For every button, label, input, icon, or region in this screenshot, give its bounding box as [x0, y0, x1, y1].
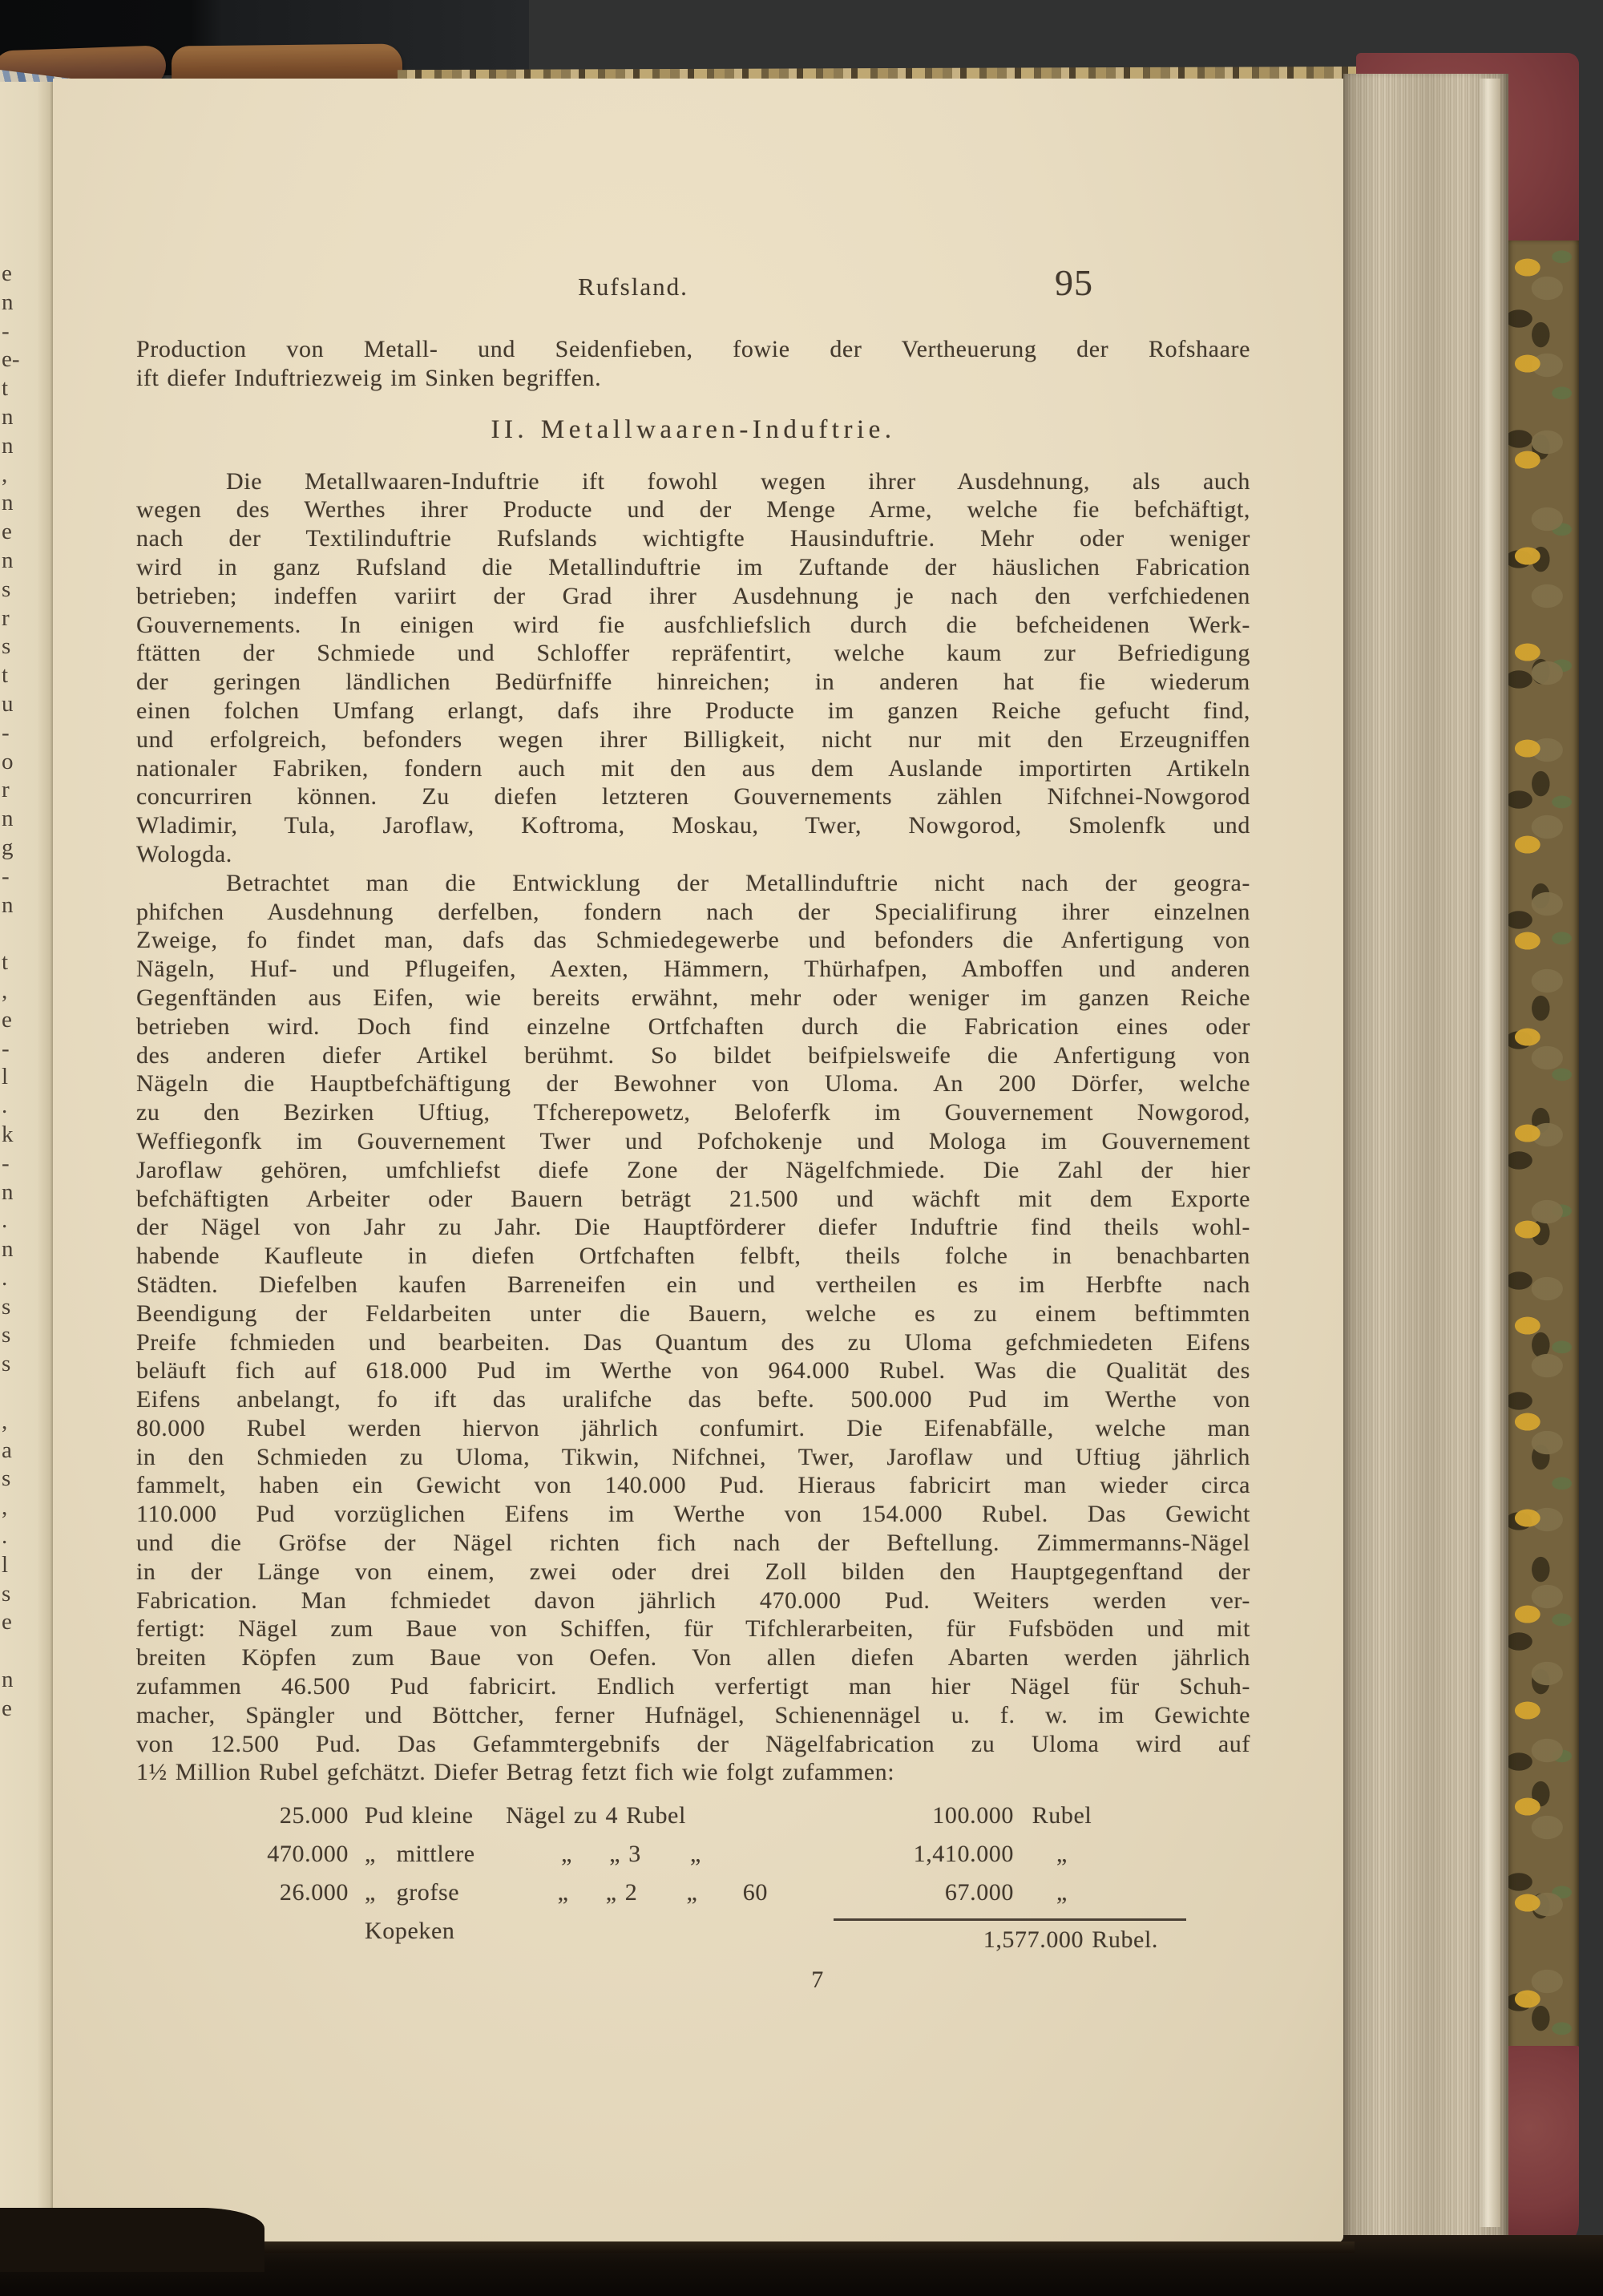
text-line: des anderen diefer Artikel berühmt. So b… [136, 1041, 1250, 1070]
text-line: Production von Metall- und Seidenfieben,… [136, 335, 1250, 364]
text-line: concurriren können. Zu diefen letzteren … [136, 782, 1250, 811]
text-line: Fabrication. Man fchmiedet davon jährlic… [136, 1587, 1250, 1615]
scanned-book-photo: en-e-tnn,nensrstu-orng-n t,e-l.k-n.n.sss… [0, 0, 1603, 2296]
text-line: befchäftigten Arbeiter oder Bauern beträ… [136, 1185, 1250, 1214]
text-line: Eifens anbelangt, fo ift das uralifche d… [136, 1385, 1250, 1414]
text-line: fammelt, haben ein Gewicht von 140.000 P… [136, 1471, 1250, 1500]
text-line: betrieben wird. Doch find einzelne Ortfc… [136, 1013, 1250, 1041]
table-row: 26.000„ grofse „ „ 2 „ 60 Kopeken67.000„ [136, 1874, 1250, 1912]
page-content: Rufsland. 95 Production von Metall- und … [0, 0, 1603, 2296]
table-cell: 470.000 [136, 1835, 349, 1874]
table-cell: 1,410.000 [830, 1835, 1014, 1874]
text-line: Weffiegonfk im Gouvernement Twer und Pof… [136, 1127, 1250, 1156]
text-line: wird in ganz Rufsland die Metallinduftri… [136, 553, 1250, 582]
text-line: ftätten der Schmiede und Schloffer reprä… [136, 639, 1250, 668]
text-line: Wologda. [136, 840, 1250, 869]
text-line: Städten. Diefelben kaufen Barreneifen ei… [136, 1271, 1250, 1300]
text-line: und erfolgreich, befonders wegen ihrer B… [136, 726, 1250, 754]
text-line: fertigt: Nägel zum Baue von Schiffen, fü… [136, 1615, 1250, 1643]
table-row: 25.000Pud kleine Nägel zu 4 Rubel100.000… [136, 1797, 1250, 1835]
table-cell: „ grofse „ „ 2 „ 60 Kopeken [349, 1874, 830, 1912]
page-number: 95 [1055, 261, 1093, 304]
text-line: Gouvernements. In einigen wird fie ausfc… [136, 611, 1250, 640]
table-cell: „ [1014, 1874, 1110, 1912]
paragraph-metallwaaren: Die Metallwaaren-Induftrie ift fowohl we… [136, 467, 1250, 869]
table-cell: Rubel [1014, 1797, 1110, 1835]
text-line: und die Gröfse der Nägel richten fich na… [136, 1529, 1250, 1558]
text-line: Gegenftänden aus Eifen, wie bereits erwä… [136, 984, 1250, 1013]
text-line: der geringen ländlichen Bedürfniffe hinr… [136, 668, 1250, 697]
section-heading: II. Metallwaaren-Induftrie. [136, 414, 1250, 446]
text-line: breiten Köpfen zum Baue von Oefen. Von a… [136, 1643, 1250, 1672]
text-line: habende Kaufleute in diefen Ortfchaften … [136, 1242, 1250, 1271]
text-line: phifchen Ausdehnung derfelben, fondern n… [136, 898, 1250, 927]
paragraph-continuation: Production von Metall- und Seidenfieben,… [136, 335, 1250, 393]
text-line: nach der Textilinduftrie Rufslands wicht… [136, 524, 1250, 553]
table-cell: „ mittlere „ „ 3 „ [349, 1835, 830, 1874]
text-line: Wladimir, Tula, Jaroflaw, Koftroma, Mosk… [136, 811, 1250, 840]
nails-production-table: 25.000Pud kleine Nägel zu 4 Rubel100.000… [136, 1797, 1250, 1912]
text-line: zufammen 46.500 Pud fabricirt. Endlich v… [136, 1672, 1250, 1701]
text-line: macher, Spängler und Böttcher, ferner Hu… [136, 1701, 1250, 1730]
signature-mark: 7 [761, 1966, 874, 1995]
text-line: in den Schmieden zu Uloma, Tikwin, Nifch… [136, 1443, 1250, 1472]
text-line: Nägeln, Huf- und Pflugeifen, Aexten, Häm… [136, 955, 1250, 984]
text-line: Jaroflaw gehören, umfchliefst diefe Zone… [136, 1156, 1250, 1185]
table-total: 1,577.000 Rubel. [136, 1921, 1250, 1959]
text-line: wegen des Werthes ihrer Producte und der… [136, 495, 1250, 524]
text-line: von 12.500 Pud. Das Gefammtergebnifs der… [136, 1730, 1250, 1759]
text-line: zu den Bezirken Uftiug, Tfcherepowetz, B… [136, 1098, 1250, 1127]
running-title: Rufsland. [136, 273, 1130, 301]
text-line: Zweige, fo findet man, dafs das Schmiede… [136, 926, 1250, 955]
text-line: betrieben; indeffen variirt der Grad ihr… [136, 582, 1250, 611]
text-line: ift diefer Induftriezweig im Sinken begr… [136, 364, 1250, 393]
table-cell: 67.000 [830, 1874, 1014, 1912]
table-row: 470.000„ mittlere „ „ 3 „1,410.000„ [136, 1835, 1250, 1874]
table-cell: 25.000 [136, 1797, 349, 1835]
text-line: der Nägel von Jahr zu Jahr. Die Hauptför… [136, 1213, 1250, 1242]
text-line: Betrachtet man die Entwicklung der Metal… [136, 869, 1250, 898]
text-line: Preife fchmieden und bearbeiten. Das Qua… [136, 1328, 1250, 1357]
text-line: 80.000 Rubel werden hiervon jährlich con… [136, 1414, 1250, 1443]
table-cell: 26.000 [136, 1874, 349, 1912]
text-line: nationaler Fabriken, fondern auch mit de… [136, 754, 1250, 783]
text-line: 110.000 Pud vorzüglichen Eifens im Werth… [136, 1500, 1250, 1529]
paragraph-entwicklung: Betrachtet man die Entwicklung der Metal… [136, 869, 1250, 1788]
body-text: Production von Metall- und Seidenfieben,… [136, 335, 1250, 1995]
text-line: Nägeln die Hauptbefchäftigung der Bewohn… [136, 1069, 1250, 1098]
text-line: 1½ Million Rubel gefchätzt. Diefer Betra… [136, 1758, 1250, 1787]
text-line: in der Länge von einem, zwei oder drei Z… [136, 1558, 1250, 1587]
table-cell: Pud kleine Nägel zu 4 Rubel [349, 1797, 830, 1835]
text-line: Beendigung der Feldarbeiten unter die Ba… [136, 1300, 1250, 1328]
table-cell: 100.000 [830, 1797, 1014, 1835]
text-line: Die Metallwaaren-Induftrie ift fowohl we… [136, 467, 1250, 496]
text-line: beläuft fich auf 618.000 Pud im Werthe v… [136, 1356, 1250, 1385]
text-line: einen folchen Umfang erlangt, dafs ihre … [136, 697, 1250, 726]
table-cell: „ [1014, 1835, 1110, 1874]
